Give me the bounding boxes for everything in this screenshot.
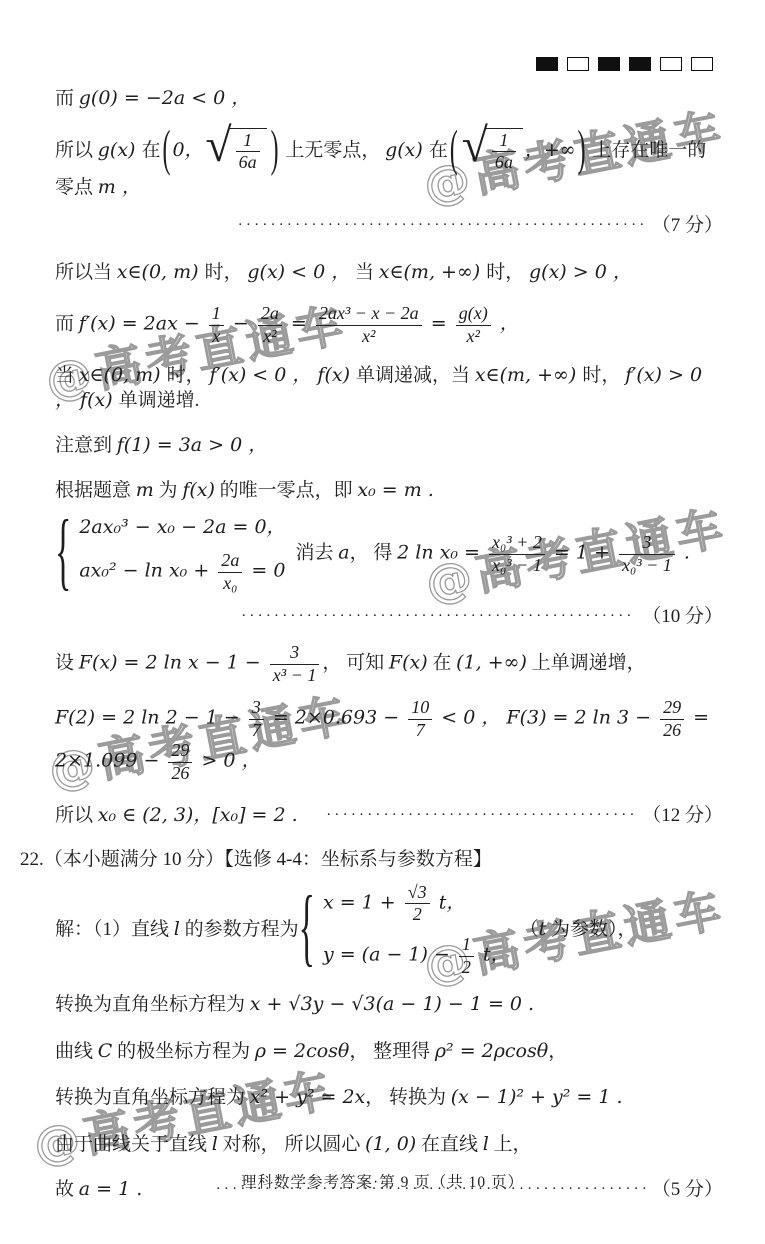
static-text: 当	[55, 365, 79, 386]
static-text: 在	[428, 653, 457, 674]
static-text: ， 转换为	[365, 1087, 451, 1108]
fraction: g(x)x²	[456, 304, 491, 347]
registration-marks	[536, 57, 713, 71]
math-expression: y = (a − 1) −	[323, 944, 456, 966]
fraction: 2ax₀	[218, 551, 242, 594]
math-expression: = 0	[245, 560, 285, 582]
text-line: 根据题意 m 为 f(x) 的唯一零点，即 x₀ = m .	[55, 478, 723, 504]
dot-leader: ········································…	[241, 606, 636, 626]
fraction: 3x₀³ − 1	[619, 533, 675, 576]
score-leader-line: ········································…	[55, 604, 723, 630]
math-expression: =	[285, 313, 313, 335]
math-expression: g(x) < 0 ，	[247, 261, 350, 283]
math-expression: x∈(0, m)	[117, 261, 205, 283]
math-expression: t，	[477, 944, 510, 966]
math-expression: f′(x) = 2ax −	[79, 313, 206, 335]
fraction: 16a	[236, 131, 260, 174]
math-expression: t，	[433, 891, 466, 913]
right-paren: )	[578, 126, 586, 177]
math-expression: −	[227, 313, 255, 335]
right-paren: )	[271, 126, 279, 177]
answer-sheet-body: 而 g(0) = −2a < 0 ， 所以 g(x) 在(0，√16a) 上无零…	[0, 0, 765, 1202]
math-expression: ρ = 2cosθ	[255, 1040, 350, 1062]
fraction: 1x	[209, 304, 224, 347]
math-expression: =	[425, 313, 453, 335]
static-text: 时，	[486, 262, 529, 283]
math-expression: x = 1 +	[323, 891, 402, 913]
registration-mark-filled	[629, 57, 651, 71]
static-text: ， 整理得	[349, 1041, 435, 1062]
static-text: 在	[429, 140, 448, 161]
math-expression: ρ² = 2ρcosθ	[435, 1040, 548, 1062]
radical-sign: √	[206, 123, 232, 171]
radical-sign: √	[462, 123, 488, 171]
fraction: 2ax²	[258, 304, 282, 347]
left-paren: (	[450, 126, 458, 177]
math-expression: g(x)	[385, 139, 429, 161]
registration-mark-outline	[660, 57, 682, 71]
registration-mark-outline	[691, 57, 713, 71]
sqrt: √16a	[206, 128, 267, 176]
math-expression: g(x) > 0 ，	[529, 261, 632, 283]
fraction: 107	[408, 698, 432, 741]
math-expression: x₀ = m .	[357, 479, 433, 501]
static-text: 消去	[296, 543, 339, 564]
static-text: 解：（1）直线	[55, 919, 174, 940]
static-text: 由于曲线关于直线	[55, 1134, 212, 1155]
score-label: （10 分）	[642, 604, 723, 630]
math-expression: (1, 0)	[365, 1133, 416, 1155]
fraction: 2926	[168, 741, 192, 784]
static-text: 的唯一零点，即	[215, 480, 358, 501]
dot-leader: ········································…	[326, 805, 636, 825]
static-text: 为参数），	[546, 919, 636, 940]
dot-leader: ········································…	[238, 215, 646, 235]
text-line: 所以当 x∈(0, m) 时， g(x) < 0 ， 当 x∈(m, +∞) 时…	[55, 260, 723, 286]
math-expression: x² + y² = 2x	[250, 1086, 365, 1108]
static-text: 在	[142, 140, 161, 161]
static-text: ， 可知	[322, 653, 389, 674]
static-text: 的参数方程为	[180, 919, 299, 940]
static-text: 上单调递增，	[527, 653, 646, 674]
score-leader-line: 所以 x₀ ∈ (2, 3)，[x₀] = 2 . ··············…	[55, 803, 723, 829]
registration-mark-filled	[536, 57, 558, 71]
math-expression: a	[338, 542, 349, 564]
static-text: 上，	[489, 1134, 532, 1155]
math-expression: x∈(m, +∞)	[379, 261, 487, 283]
math-expression: x + √3y − √3(a − 1) − 1 = 0 .	[250, 993, 534, 1015]
system-brace: {	[55, 511, 71, 598]
text-line: 当 x∈(0, m) 时， f′(x) < 0 ， f(x) 单调递减，当 x∈…	[55, 363, 723, 414]
fraction: 3x³ − 1	[270, 643, 320, 686]
text-line: 设 F(x) = 2 ln x − 1 − 3x³ − 1， 可知 F(x) 在…	[55, 643, 723, 686]
math-expression: = 2×0.693 −	[267, 707, 405, 729]
conclusion-text: 所以 x₀ ∈ (2, 3)，[x₀] = 2 .	[55, 803, 298, 829]
fraction: 2926	[660, 698, 684, 741]
static-text: 当	[350, 262, 379, 283]
equation-column: x = 1 + √32 t，y = (a − 1) − 12 t，	[323, 883, 510, 978]
static-text: 时，	[582, 365, 625, 386]
fraction: √32	[405, 883, 430, 926]
fraction: 37	[249, 698, 264, 741]
math-expression: g(0) = −2a < 0 ，	[79, 87, 251, 109]
math-expression: 0，	[172, 139, 203, 161]
score-label: （12 分）	[642, 803, 723, 829]
static-text: 设	[55, 653, 79, 674]
text-line: 曲线 C 的极坐标方程为 ρ = 2cosθ， 整理得 ρ² = 2ρcosθ，	[55, 1039, 723, 1065]
math-expression: (x − 1)² + y² = 1 .	[451, 1086, 623, 1108]
math-expression: 2 ln x₀ =	[397, 542, 486, 564]
static-text: 单调递增.	[119, 390, 200, 411]
text-line: 由于曲线关于直线 l 对称， 所以圆心 (1, 0) 在直线 l 上，	[55, 1132, 723, 1158]
static-text: 根据题意	[55, 480, 136, 501]
static-text: 时，	[167, 365, 210, 386]
math-expression: g(x)	[98, 139, 142, 161]
text-line: 注意到 f(1) = 3a > 0 ，	[55, 433, 723, 459]
math-expression: < 0 ，	[435, 707, 506, 729]
math-expression: m ，	[98, 176, 141, 198]
static-text: 的极坐标方程为	[112, 1041, 255, 1062]
static-text: 时，	[205, 262, 248, 283]
math-expression: ax₀² − ln x₀ +	[79, 560, 215, 582]
static-text: 单调递减，当	[356, 365, 475, 386]
fraction: 12	[459, 935, 474, 978]
static-text: 曲线	[55, 1041, 98, 1062]
text-line: 所以 g(x) 在(0，√16a) 上无零点， g(x) 在(√16a，+∞) …	[55, 128, 723, 201]
static-text: 所以当	[55, 262, 117, 283]
math-expression: F(2) = 2 ln 2 − 1 −	[55, 707, 246, 729]
static-text: 而	[55, 88, 79, 109]
text-line: 转换为直角坐标方程为 x² + y² = 2x， 转换为 (x − 1)² + …	[55, 1085, 723, 1111]
math-expression: 2ax₀³ − x₀ − 2a = 0，	[79, 515, 285, 541]
static-text: 为	[154, 480, 183, 501]
question-22-title: 22.（本小题满分 10 分）【选修 4-4：坐标系与参数方程】	[20, 847, 723, 873]
score-label: （7 分）	[652, 213, 723, 239]
math-expression: > 0 ，	[195, 749, 260, 771]
score-leader-line: ········································…	[55, 213, 723, 239]
left-paren: (	[163, 126, 171, 177]
math-expression: x∈(0, m)	[79, 364, 167, 386]
math-expression: ，	[494, 313, 519, 335]
static-text: 所以	[55, 140, 98, 161]
text-line: 转换为直角坐标方程为 x + √3y − √3(a − 1) − 1 = 0 .	[55, 992, 723, 1018]
sqrt: √16a	[462, 128, 523, 176]
registration-mark-outline	[567, 57, 589, 71]
math-expression: F(3) = 2 ln 3 −	[506, 707, 657, 729]
static-text: ，	[548, 1041, 567, 1062]
math-expression: f(1) = 3a > 0 ，	[117, 434, 268, 456]
math-expression: x∈(m, +∞)	[475, 364, 583, 386]
text-line: 而 f′(x) = 2ax − 1x − 2ax² = 2ax³ − x − 2…	[55, 304, 723, 347]
fraction: 16a	[492, 131, 516, 174]
math-expression: = 1 +	[548, 542, 616, 564]
static-text: 而	[55, 314, 79, 335]
static-text: 注意到	[55, 435, 117, 456]
math-expression: F(x) = 2 ln x − 1 −	[79, 652, 267, 674]
text-line: 而 g(0) = −2a < 0 ，	[55, 86, 723, 112]
equation-column: 2ax₀³ − x₀ − 2a = 0，ax₀² − ln x₀ + 2ax₀ …	[79, 515, 285, 593]
fraction: 2ax³ − x − 2ax²	[316, 304, 422, 347]
page-footer: 理科数学参考答案·第 9 页（共 10 页）	[0, 1170, 765, 1192]
static-text: 在直线	[416, 1134, 483, 1155]
equation-system-line: 解：（1）直线 l 的参数方程为{x = 1 + √32 t，y = (a − …	[55, 883, 723, 978]
static-text: 上无零点，	[281, 140, 386, 161]
registration-mark-filled	[598, 57, 620, 71]
math-expression: .	[678, 542, 690, 564]
math-expression: m	[136, 479, 154, 501]
math-expression: ，+∞	[525, 139, 576, 161]
equation-system-line: {2ax₀³ − x₀ − 2a = 0，ax₀² − ln x₀ + 2ax₀…	[55, 515, 723, 593]
system-brace: {	[299, 887, 315, 974]
static-text: 对称， 所以圆心	[218, 1134, 365, 1155]
static-text: 转换为直角坐标方程为	[55, 1087, 250, 1108]
text-line: F(2) = 2 ln 2 − 1 − 37 = 2×0.693 − 107 <…	[55, 698, 723, 783]
static-text: 转换为直角坐标方程为	[55, 994, 250, 1015]
math-expression: C	[98, 1040, 113, 1062]
math-expression: f(x)	[182, 479, 215, 501]
fraction: x₀³ + 2x₀³ − 1	[489, 533, 545, 576]
static-text: （	[520, 919, 539, 940]
math-expression: (1, +∞)	[456, 652, 527, 674]
math-expression: F(x)	[389, 652, 428, 674]
static-text: ， 得	[350, 543, 398, 564]
math-expression: f′(x) < 0 ， f(x)	[209, 364, 356, 386]
